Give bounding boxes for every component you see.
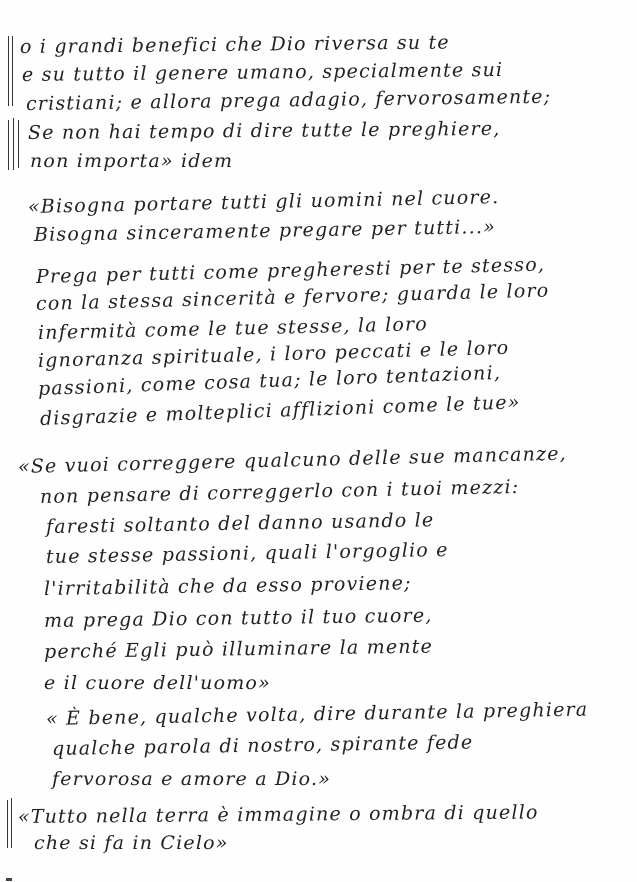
text-line: faresti soltanto del danno usando le	[46, 511, 435, 537]
text-line: ma prega Dio con tutto il tuo cuore,	[44, 607, 433, 631]
text-line: e su tutto il genere umano, specialmente…	[22, 61, 503, 85]
text-line: infermità come le tue stesse, la loro	[38, 315, 428, 343]
margin-mark-bottom	[11, 798, 12, 848]
text-line: Se non hai tempo di dire tutte le preghi…	[28, 120, 501, 143]
text-line: « È bene, qualche volta, dire durante la…	[46, 701, 589, 729]
text-line: che si fa in Cielo»	[34, 834, 229, 853]
text-line: o i grandi benefici che Dio riversa su t…	[20, 33, 450, 57]
text-line: qualche parola di nostro, spirante fede	[52, 733, 474, 759]
text-line: «Tutto nella terra è immagine o ombra di…	[18, 803, 539, 827]
text-line: e il cuore dell'uomo»	[44, 674, 271, 693]
text-line: disgrazie e molteplici afflizioni come l…	[40, 393, 521, 429]
scan-speck	[6, 878, 12, 881]
text-line: non pensare di correggerlo con i tuoi me…	[40, 478, 520, 507]
margin-mark-bottom	[7, 800, 8, 848]
text-line: cristiani; e allora prega adagio, fervor…	[26, 88, 552, 114]
text-line: fervorosa e amore a Dio.»	[52, 770, 331, 789]
margin-mark-double	[12, 36, 13, 106]
margin-mark-triple	[18, 120, 19, 168]
margin-mark-triple	[8, 120, 9, 170]
text-line: non importa» idem	[30, 152, 233, 171]
text-line: tue stesse passioni, quali l'orgoglio e	[46, 541, 449, 567]
text-line: «Se vuoi correggere qualcuno delle sue m…	[18, 445, 567, 477]
margin-mark-triple	[13, 118, 14, 170]
text-line: con la stessa sincerità e fervore; guard…	[36, 282, 550, 314]
text-line: perché Egli può illuminare la mente	[44, 638, 433, 662]
text-line: Bisogna sinceramente pregare per tutti..…	[34, 218, 496, 245]
manuscript-page: o i grandi benefici che Dio riversa su t…	[0, 0, 637, 882]
margin-mark-double	[8, 36, 9, 106]
text-line: «Bisogna portare tutti gli uomini nel cu…	[28, 188, 500, 217]
text-line: l'irritabilità che da esso proviene;	[44, 574, 412, 599]
